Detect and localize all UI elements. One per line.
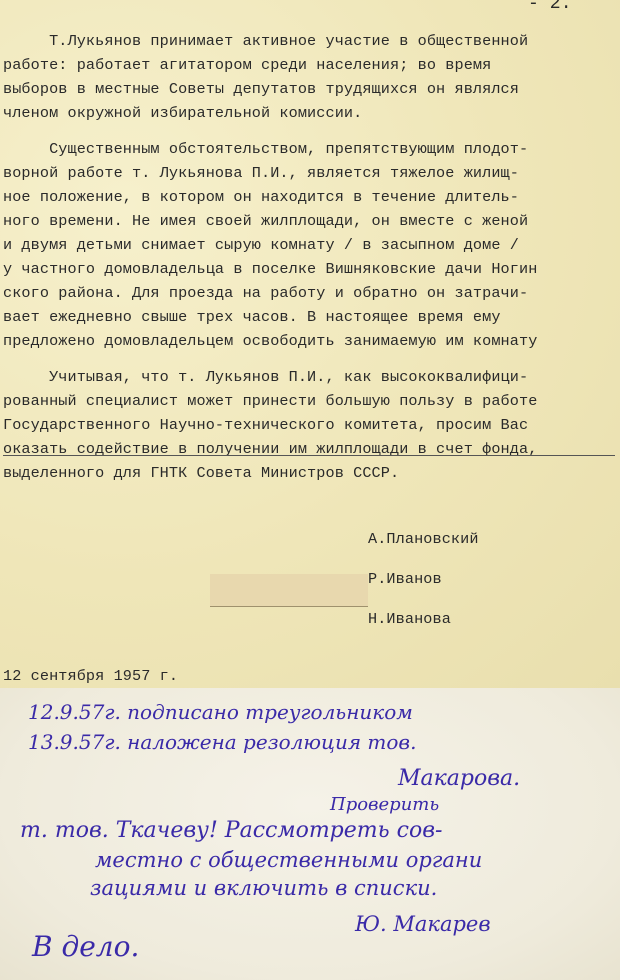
paragraph-3-line-1: Учитывая, что т. Лукьянов П.И., как высо… [3,368,528,386]
signatory-3: Н.Иванова [368,610,451,628]
paragraph-1-line-2: работе: работает агитатором среди населе… [3,56,491,74]
signatory-2: Р.Иванов [368,570,442,588]
paragraph-2-line-6: у частного домовладельца в поселке Вишня… [3,260,537,278]
paragraph-2-line-9: предложено домовладельцем освободить зан… [3,332,537,350]
annotation-insert-check: Проверить [330,794,439,815]
annotation-resolution-note: 13.9.57г. наложена резолюция тов. [28,730,416,754]
paragraph-1-line-1: Т.Лукьянов принимает активное участие в … [3,32,528,50]
annotation-file-note: В дело. [32,930,139,963]
annotation-signature: Ю. Макарев [355,912,491,936]
paragraph-1-line-3: выборов в местные Советы депутатов трудя… [3,80,519,98]
paragraph-2-line-7: ского района. Для проезда на работу и об… [3,284,528,302]
annotation-signed-note: 12.9.57г. подписано треугольником [28,700,413,724]
paragraph-3-line-3: Государственного Научно-технического ком… [3,416,528,434]
paragraph-2-line-5: и двумя детьми снимает сырую комнату / в… [3,236,519,254]
paragraph-2-line-3: ное положение, в котором он находится в … [3,188,519,206]
paragraph-2-line-1: Существенным обстоятельством, препятству… [3,140,528,158]
paragraph-2-line-2: ворной работе т. Лукьянова П.И., являетс… [3,164,519,182]
signatory-1: А.Плановский [368,530,479,548]
paragraph-2-line-8: вает ежедневно свыше трех часов. В насто… [3,308,501,326]
document-date: 12 сентября 1957 г. [3,667,178,685]
annotation-instruction-line-1: т. тов. Ткачеву! Рассмотреть сов- [20,818,442,843]
page-number: - 2. [528,0,572,14]
paragraph-1-line-4: членом окружной избирательной комиссии. [3,104,362,122]
annotation-makarov: Макарова. [398,766,520,791]
paper-tape-patch [210,574,368,607]
paragraph-3-line-2: рованный специалист может принести больш… [3,392,537,410]
paragraph-3-line-5: выделенного для ГНТК Совета Министров СС… [3,464,399,482]
annotation-instruction-line-2: местно с общественными органи [95,848,482,872]
annotation-instruction-line-3: зациями и включить в списки. [90,876,437,900]
paragraph-2-line-4: ного времени. Не имея своей жилплощади, … [3,212,528,230]
underline-mark [3,455,615,456]
